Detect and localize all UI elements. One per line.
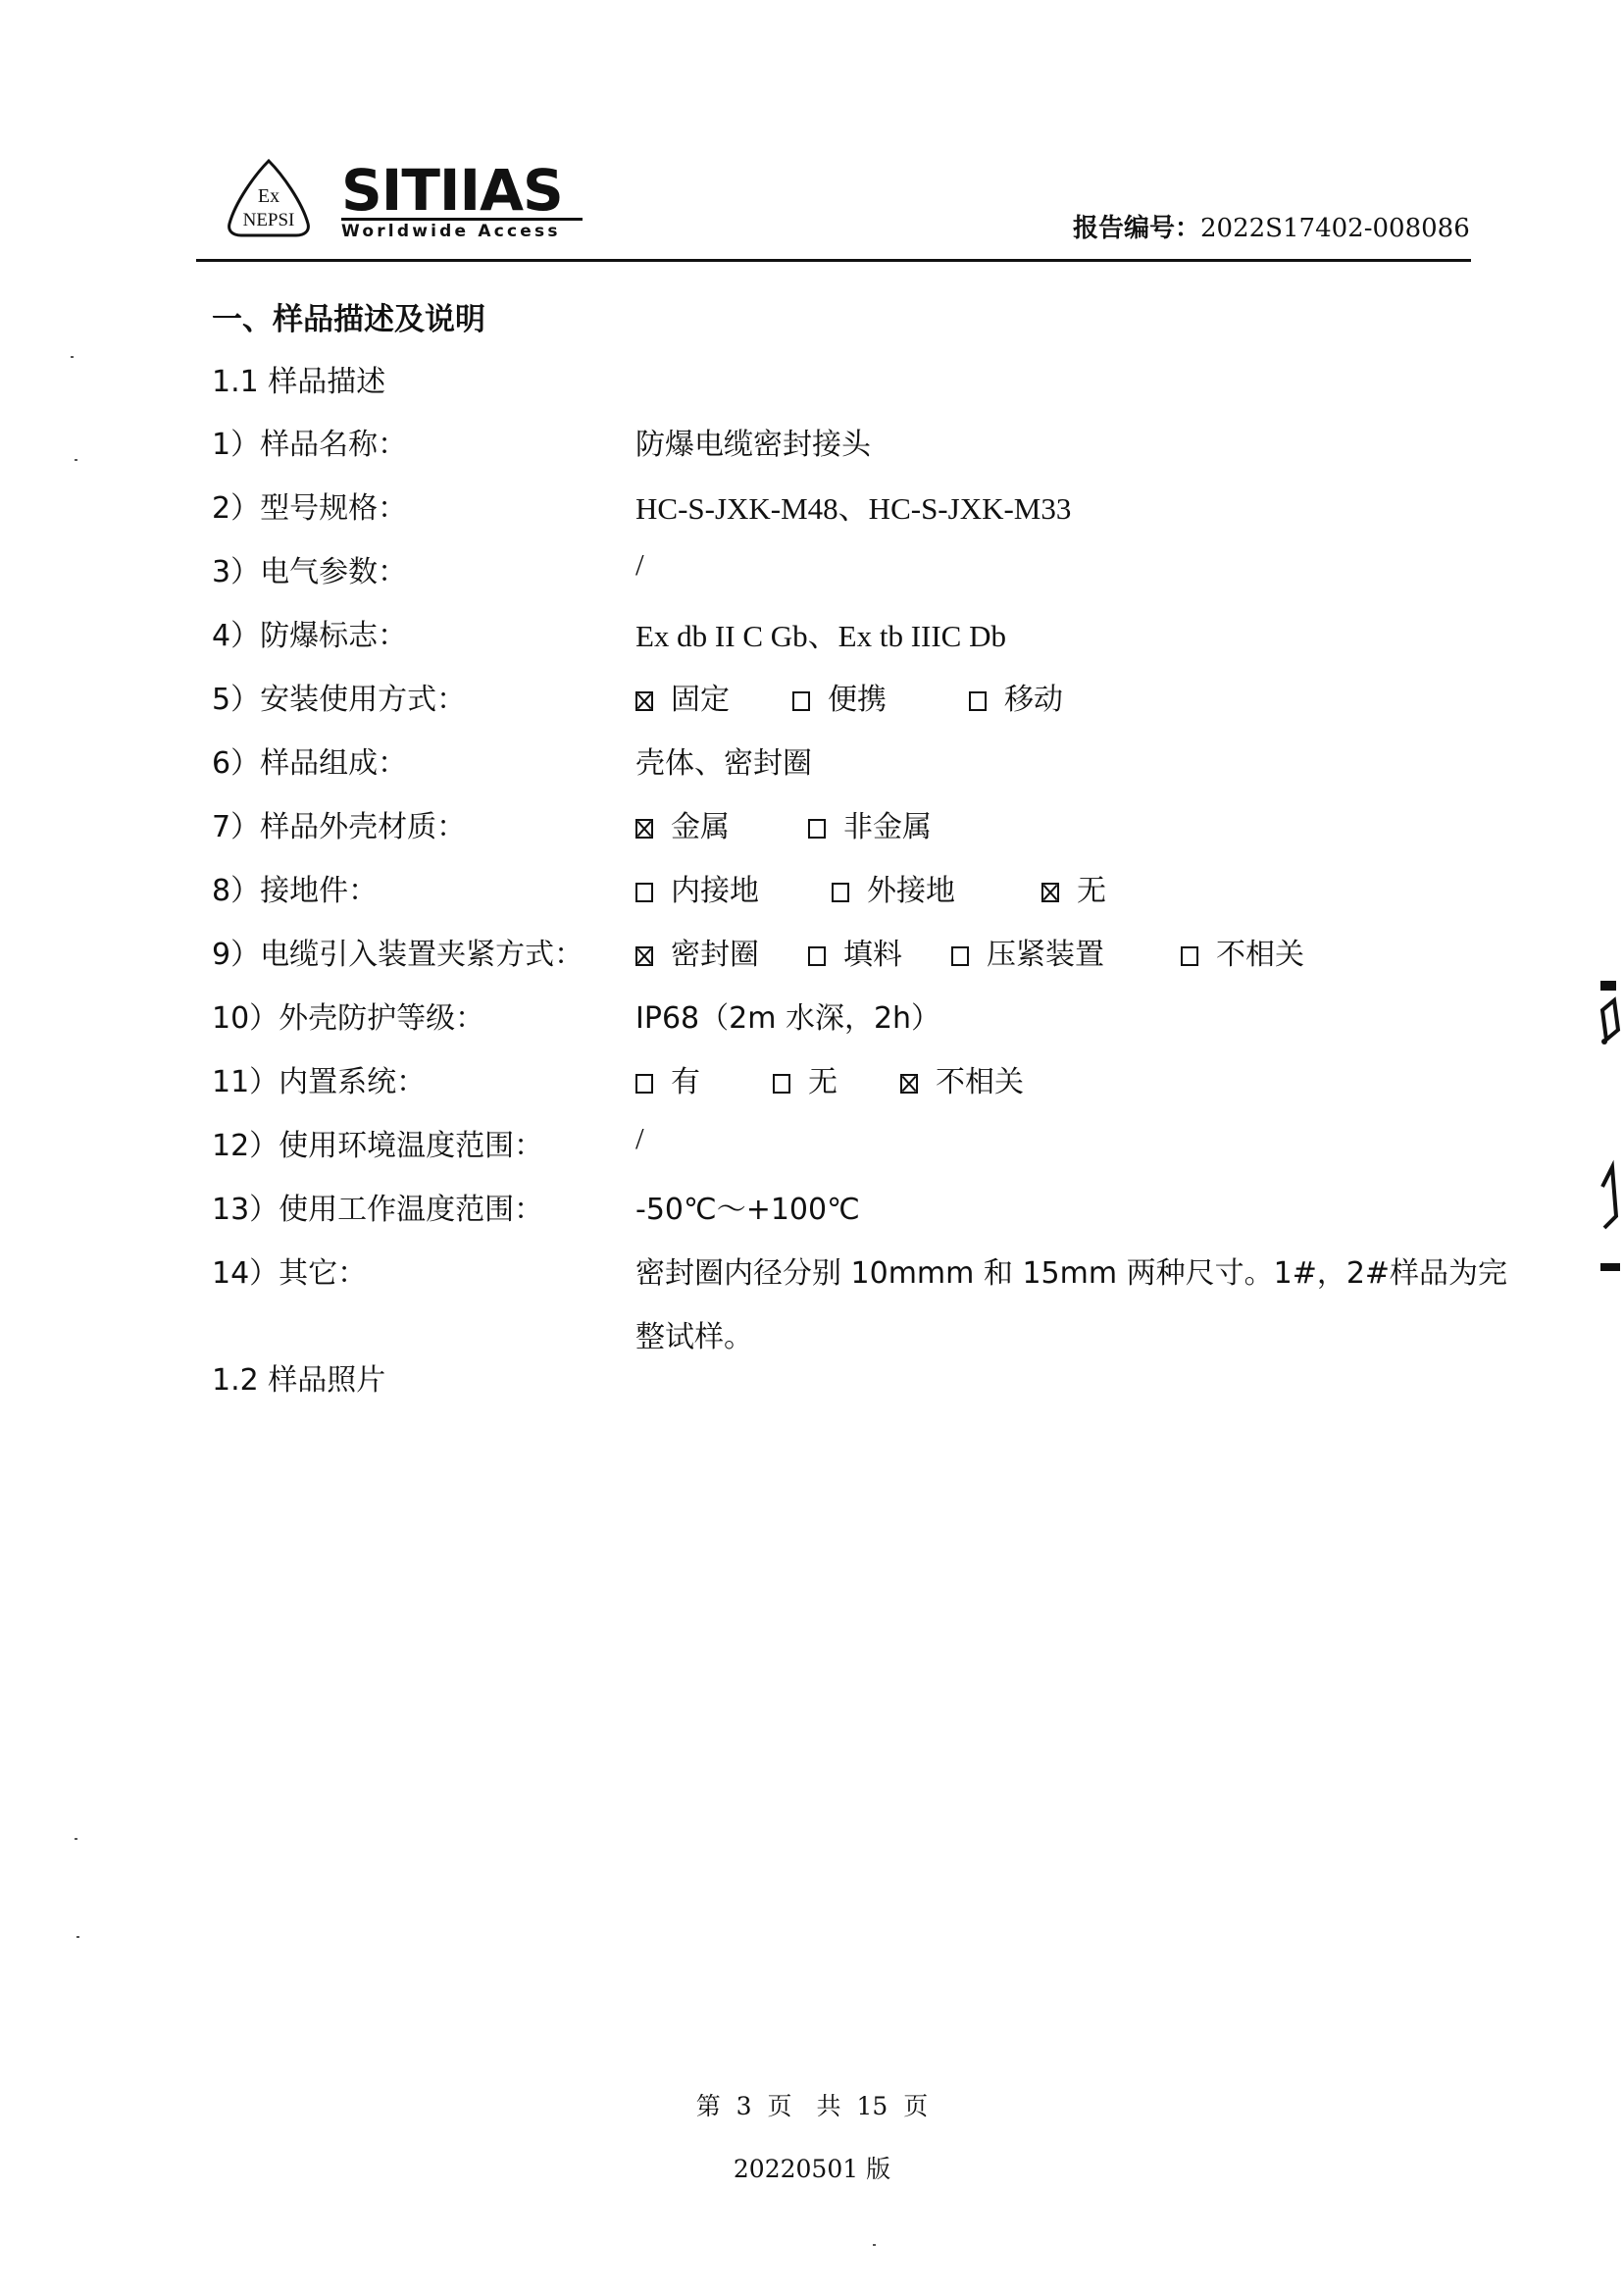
- nepsi-logo-icon: Ex NEPSI: [224, 157, 314, 239]
- svg-text:NEPSI: NEPSI: [243, 210, 295, 230]
- document-version: 20220501 版: [0, 2150, 1624, 2185]
- option-no: 无: [773, 1057, 837, 1100]
- scan-speck: [75, 1838, 77, 1840]
- section-title: 一、样品描述及说明: [212, 294, 485, 338]
- item-label: 8）接地件：: [212, 866, 378, 909]
- option-not-applicable: 不相关: [900, 1057, 1024, 1100]
- option-compression-device: 压紧装置: [951, 930, 1104, 973]
- unchecked-box-icon: [635, 883, 653, 902]
- item-ip-rating: 10）外壳防护等级： IP68（2m 水深，2h）: [212, 994, 1487, 1037]
- sitiias-logo: SITIIAS Worldwide Access: [341, 163, 583, 243]
- option-not-applicable: 不相关: [1181, 930, 1304, 973]
- option-internal-ground: 内接地: [635, 866, 759, 909]
- svg-text:Ex: Ex: [258, 185, 279, 207]
- unchecked-box-icon: [808, 819, 826, 839]
- item-electrical-params: 3）电气参数： /: [212, 547, 1487, 590]
- logo-divider: [341, 218, 583, 221]
- item-other: 14）其它： 密封圈内径分别 10mmm 和 15mm 两种尺寸。1#，2#样品…: [212, 1248, 1487, 1292]
- checked-box-icon: [635, 946, 653, 966]
- item-value: 防爆电缆密封接头: [635, 420, 871, 463]
- report-page: Ex NEPSI SITIIAS Worldwide Access 报告编号：2…: [0, 0, 1624, 2293]
- scan-speck: [76, 1936, 79, 1938]
- report-number-label: 报告编号：: [1073, 214, 1200, 243]
- option-mobile: 移动: [969, 675, 1063, 718]
- option-external-ground: 外接地: [832, 866, 955, 909]
- item-value: Ex db II C Gb、Ex tb IIIC Db: [635, 611, 1006, 655]
- item-label: 2）型号规格：: [212, 484, 407, 527]
- option-filler: 填料: [808, 930, 902, 973]
- scan-speck: [71, 356, 74, 358]
- option-none: 无: [1041, 866, 1106, 909]
- checked-box-icon: [1041, 883, 1059, 902]
- item-value: 壳体、密封圈: [635, 739, 812, 782]
- item-label: 5）安装使用方式：: [212, 675, 466, 718]
- option-metal: 金属: [635, 802, 730, 845]
- unchecked-box-icon: [1181, 946, 1198, 966]
- item-value: 密封圈内径分别 10mmm 和 15mm 两种尺寸。1#，2#样品为完: [635, 1248, 1507, 1292]
- checked-box-icon: [635, 819, 653, 839]
- item-built-in-system: 11）内置系统： 有 无 不相关: [212, 1057, 1487, 1100]
- item-label: 9）电缆引入装置夹紧方式：: [212, 930, 584, 973]
- item-label: 12）使用环境温度范围：: [212, 1121, 543, 1164]
- checked-box-icon: [900, 1074, 918, 1094]
- checked-box-icon: [635, 691, 653, 711]
- option-seal-ring: 密封圈: [635, 930, 759, 973]
- item-other-continuation: 整试样。: [635, 1312, 753, 1355]
- item-installation-mode: 5）安装使用方式： 固定 便携 移动: [212, 675, 1487, 718]
- option-portable: 便携: [792, 675, 887, 718]
- item-model-spec: 2）型号规格： HC-S-JXK-M48、HC-S-JXK-M33: [212, 484, 1487, 527]
- unchecked-box-icon: [635, 1074, 653, 1094]
- option-yes: 有: [635, 1057, 700, 1100]
- subsection-sample-description: 1.1 样品描述: [212, 357, 385, 400]
- item-service-temp-range: 13）使用工作温度范围： -50℃～+100℃: [212, 1185, 1487, 1228]
- item-label: 1）样品名称：: [212, 420, 407, 463]
- unchecked-box-icon: [832, 883, 849, 902]
- page-number: 第 3 页 共 15 页: [0, 2087, 1624, 2122]
- report-number: 报告编号：2022S17402-008086: [1073, 208, 1470, 244]
- unchecked-box-icon: [951, 946, 969, 966]
- scan-speck: [75, 459, 77, 461]
- item-sample-name: 1）样品名称： 防爆电缆密封接头: [212, 420, 1487, 463]
- item-label: 7）样品外壳材质：: [212, 802, 466, 845]
- item-label: 13）使用工作温度范围：: [212, 1185, 543, 1228]
- option-nonmetal: 非金属: [808, 802, 932, 845]
- item-grounding: 8）接地件： 内接地 外接地 无: [212, 866, 1487, 909]
- subsection-sample-photos: 1.2 样品照片: [212, 1355, 385, 1399]
- item-ex-marking: 4）防爆标志： Ex db II C Gb、Ex tb IIIC Db: [212, 611, 1487, 654]
- unchecked-box-icon: [773, 1074, 790, 1094]
- item-ambient-temp-range: 12）使用环境温度范围： /: [212, 1121, 1487, 1164]
- item-composition: 6）样品组成： 壳体、密封圈: [212, 739, 1487, 782]
- seal-stamp-fragment-icon: [1599, 971, 1624, 1275]
- item-label: 14）其它：: [212, 1248, 367, 1292]
- item-label: 11）内置系统：: [212, 1057, 426, 1100]
- header-divider: [196, 259, 1471, 262]
- scan-speck: [873, 2244, 876, 2246]
- report-number-value: 2022S17402-008086: [1200, 214, 1470, 243]
- item-value: /: [635, 1121, 644, 1156]
- item-label: 10）外壳防护等级：: [212, 994, 484, 1037]
- item-value: IP68（2m 水深，2h）: [635, 994, 940, 1037]
- item-enclosure-material: 7）样品外壳材质： 金属 非金属: [212, 802, 1487, 845]
- sitiias-wordmark: SITIIAS: [341, 163, 583, 218]
- item-label: 3）电气参数：: [212, 547, 407, 590]
- sitiias-tagline: Worldwide Access: [341, 222, 583, 241]
- item-label: 4）防爆标志：: [212, 611, 407, 654]
- item-value: /: [635, 547, 644, 583]
- item-value: HC-S-JXK-M48、HC-S-JXK-M33: [635, 484, 1071, 528]
- item-value: -50℃～+100℃: [635, 1185, 860, 1228]
- item-label: 6）样品组成：: [212, 739, 407, 782]
- unchecked-box-icon: [792, 691, 810, 711]
- unchecked-box-icon: [808, 946, 826, 966]
- item-clamping-method: 9）电缆引入装置夹紧方式： 密封圈 填料 压紧装置 不相关: [212, 930, 1487, 973]
- unchecked-box-icon: [969, 691, 987, 711]
- option-fixed: 固定: [635, 675, 730, 718]
